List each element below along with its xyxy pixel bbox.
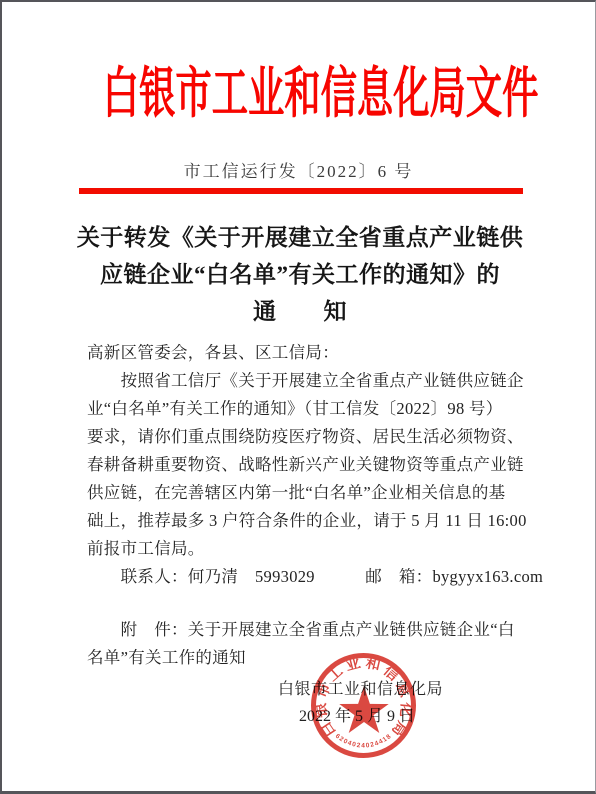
body-line: 按照省工信厅《关于开展建立全省重点产业链供应链企 xyxy=(87,367,527,395)
body-line-salutation: 高新区管委会，各县、区工信局： xyxy=(87,339,527,367)
scanned-document-page: 白银市工业和信息化局文件 市工信运行发〔2022〕6 号 关于转发《关于开展建立… xyxy=(0,0,596,794)
body-line: 供应链，在完善辖区内第一批“白名单”企业相关信息的基 xyxy=(87,479,527,507)
official-red-seal: 白银市工业和信息化局 6204024024418 xyxy=(306,648,422,766)
body-line: 础上，推荐最多 3 户符合条件的企业，请于 5 月 11 日 16:00 xyxy=(87,507,527,535)
document-reference-number: 市工信运行发〔2022〕6 号 xyxy=(2,160,595,184)
body-line: 前报市工信局。 xyxy=(87,535,527,563)
attachment-line: 附 件：关于开展建立全省重点产业链供应链企业“白 xyxy=(87,616,527,644)
body-line: 业“白名单”有关工作的通知》（甘工信发〔2022〕98 号） xyxy=(87,395,527,423)
document-title: 关于转发《关于开展建立全省重点产业链供 应链企业“白名单”有关工作的通知》的 通… xyxy=(42,219,558,330)
body-line: 要求，请你们重点围绕防疫医疗物资、居民生活必须物资、 xyxy=(87,423,527,451)
document-body: 高新区管委会，各县、区工信局： 按照省工信厅《关于开展建立全省重点产业链供应链企… xyxy=(87,339,527,591)
red-separator-rule xyxy=(79,188,523,194)
document-title-line: 关于转发《关于开展建立全省重点产业链供 xyxy=(42,219,558,256)
seal-code: 6204024024418 xyxy=(334,733,393,750)
document-title-line: 通 知 xyxy=(42,293,558,330)
agency-header-title: 白银市工业和信息化局文件 xyxy=(103,58,494,130)
document-title-line: 应链企业“白名单”有关工作的通知》的 xyxy=(42,256,558,293)
seal-star-icon xyxy=(339,686,388,733)
body-line: 春耕备耕重要物资、战略性新兴产业关键物资等重点产业链 xyxy=(87,451,527,479)
body-line-contact: 联系人：何乃清 5993029 邮 箱：bygyyx163.com xyxy=(87,563,527,591)
